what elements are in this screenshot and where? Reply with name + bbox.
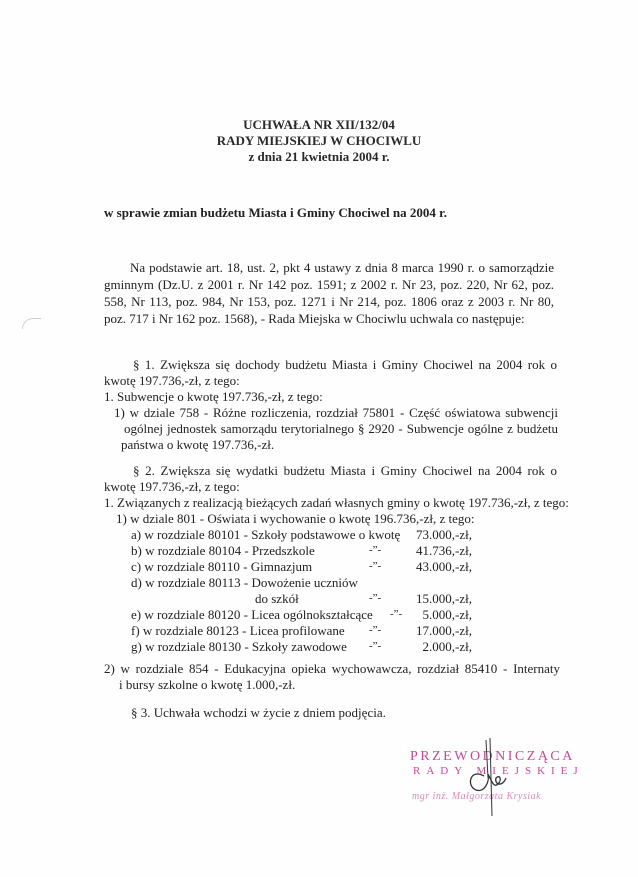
expense-row-amount: 17.000,-zł, <box>380 623 472 638</box>
expense-row-amount: 2.000,-zł, <box>380 639 472 654</box>
council-name: RADY MIEJSKIEJ W CHOCIWLU <box>0 133 638 148</box>
preamble-line: gminnym (Dz.U. z 2001 r. Nr 142 poz. 159… <box>104 277 554 292</box>
expense-row-label: g) w rozdziale 80130 - Szkoły zawodowe <box>131 639 347 654</box>
expense-row-amount: 5.000,-zł, <box>380 607 472 622</box>
resolution-date: z dnia 21 kwietnia 2004 r. <box>0 149 638 164</box>
section-1-line: kwotę 197.736,-zł, z tego: <box>104 373 240 388</box>
expense-row-label: e) w rozdziale 80120 - Licea ogólnokszta… <box>131 607 373 622</box>
section-1-subitem: państwa o kwotę 197.736,-zł. <box>121 437 274 452</box>
resolution-subject: w sprawie zmian budżetu Miasta i Gminy C… <box>104 205 447 220</box>
expense-row-label: f) w rozdziale 80123 - Licea profilowane <box>131 623 345 638</box>
section-2-heading: § 2. Zwiększa się wydatki budżetu Miasta… <box>133 463 557 478</box>
expense-row-amount: 41.736,-zł, <box>380 543 472 558</box>
preamble-line: 558, Nr 113, poz. 984, Nr 153, poz. 1271… <box>104 294 554 309</box>
scan-artifact-mark <box>22 318 41 329</box>
section-3: § 3. Uchwała wchodzi w życie z dniem pod… <box>131 705 386 720</box>
section-2-line: kwotę 197.736,-zł, z tego: <box>104 479 240 494</box>
expense-row-label: c) w rozdziale 80110 - Gimnazjum <box>131 559 312 574</box>
signature-icon <box>462 738 512 818</box>
document-page: UCHWAŁA NR XII/132/04 RADY MIEJSKIEJ W C… <box>0 0 638 877</box>
expense-row-label: do szkół <box>255 591 299 606</box>
section-1-item-1: 1. Subwencje o kwotę 197.736,-zł, z tego… <box>104 389 323 404</box>
section-1-subitem: 1) w dziale 758 - Różne rozliczenia, roz… <box>114 405 558 420</box>
section-2-item-1: 1. Związanych z realizacją bieżących zad… <box>104 495 569 510</box>
expense-row-amount: 15.000,-zł, <box>380 591 472 606</box>
expense-row-label: a) w rozdziale 80101 - Szkoły podstawowe… <box>131 527 400 542</box>
section-2-subitem-2: 2) w rozdziale 854 - Edukacyjna opieka w… <box>104 661 560 676</box>
preamble-line: Na podstawie art. 18, ust. 2, pkt 4 usta… <box>130 260 554 275</box>
section-1-heading: § 1. Zwiększa się dochody budżetu Miasta… <box>133 357 557 372</box>
expense-row-label: b) w rozdziale 80104 - Przedszkole <box>131 543 315 558</box>
resolution-number: UCHWAŁA NR XII/132/04 <box>0 117 638 132</box>
expense-row-amount: 73.000,-zł, <box>380 527 472 542</box>
section-1-subitem: ogólnej jednostek samorządu terytorialne… <box>124 421 558 436</box>
section-2-subitem-2: i bursy szkolne o kwotę 1.000,-zł. <box>119 677 295 692</box>
section-2-subitem-1: 1) w dziale 801 - Oświata i wychowanie o… <box>116 511 474 526</box>
preamble-line: poz. 717 i Nr 162 poz. 1568), - Rada Mie… <box>104 311 525 326</box>
expense-row-amount: 43.000,-zł, <box>380 559 472 574</box>
expense-row-label: d) w rozdziale 80113 - Dowożenie uczniów <box>131 575 358 590</box>
